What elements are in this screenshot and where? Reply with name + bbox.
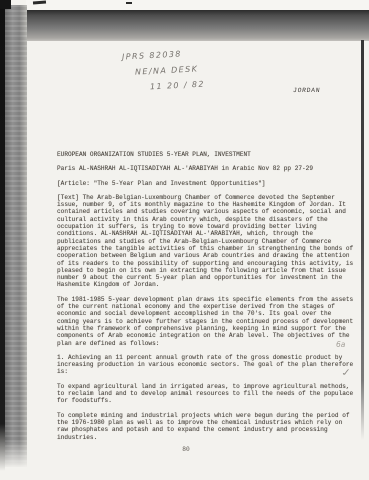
scan-spine-shadow — [5, 5, 27, 467]
page-number: 80 — [168, 446, 204, 453]
scan-right-edge-line — [361, 40, 364, 440]
scan-corner-blot — [0, 0, 11, 9]
scan-top-shadow-band — [26, 10, 369, 41]
handwritten-desk-note: NE/NA DESK — [135, 64, 199, 76]
scan-left-edge — [0, 0, 5, 471]
body-paragraph: To complete mining and industrial projec… — [57, 412, 355, 441]
article-title-note: [Article: "The 5-Year Plan and Investmen… — [57, 180, 355, 187]
body-paragraph: To expand agricultural land in irrigated… — [57, 383, 355, 405]
scan-top-margin — [26, 0, 369, 10]
article-body: EUROPEAN ORGANIZATION STUDIES 5-YEAR PLA… — [57, 151, 355, 448]
scan-speck — [126, 2, 132, 4]
body-paragraph: The 1981-1985 5-year development plan dr… — [57, 296, 355, 347]
source-citation-line: Paris AL-NASHRAH AL-IQTISADIYAH AL-'ARAB… — [57, 165, 355, 172]
scan-spine-fade — [5, 440, 27, 470]
scanned-document-page: JPRS 82038 NE/NA DESK 11 20 / 82 6a ✓ JO… — [0, 0, 369, 480]
article-headline: EUROPEAN ORGANIZATION STUDIES 5-YEAR PLA… — [57, 151, 355, 158]
body-paragraph: [Text] The Arab-Belgian-Luxembourg Chamb… — [57, 194, 355, 289]
body-paragraph: 1. Achieving an 11 percent annual growth… — [57, 354, 355, 376]
country-header-label: JORDAN — [293, 87, 321, 94]
handwritten-jprs-number: JPRS 82038 — [122, 49, 182, 61]
handwritten-date: 11 20 / 82 — [150, 80, 205, 92]
